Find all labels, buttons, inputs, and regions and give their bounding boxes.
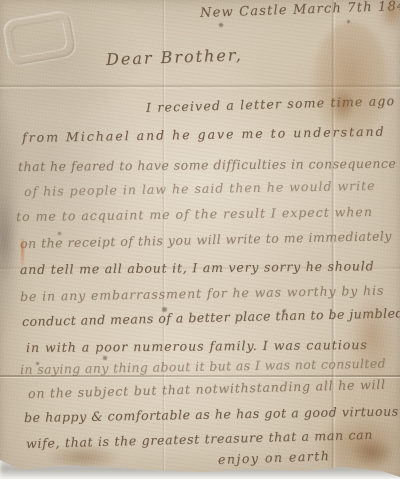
letter-paper: New Castle March 7th 1843 Dear Brother, … [0, 0, 400, 479]
ink-speck [103, 356, 107, 360]
letter-line: on the receipt of this you will write to… [20, 228, 392, 251]
stain [352, 438, 394, 468]
ink-speck [283, 309, 286, 312]
letter-line: in with a poor numerous family. I was ca… [26, 337, 368, 355]
ink-speck [36, 362, 39, 365]
letter-line: of his people in law he said then he wou… [24, 178, 376, 199]
letter-line: and tell me all about it, I am very sorr… [20, 258, 374, 277]
letter-line: to me to acquaint me of the result I exp… [16, 204, 373, 224]
letter-line: on the subject but that notwithstanding … [28, 377, 386, 401]
letter-line: that he feared to have some difficulties… [18, 156, 396, 174]
embossed-seal [2, 9, 77, 66]
ink-speck [162, 307, 167, 312]
letter-line: from Michael and he gave me to understan… [22, 124, 386, 145]
letter-line: be happy & comfortable as he has got a g… [24, 403, 399, 425]
dateline: New Castle March 7th 1843 [200, 0, 400, 21]
ink-speck [219, 23, 223, 27]
ink-speck [58, 232, 61, 235]
salutation: Dear Brother, [106, 45, 243, 69]
stain [0, 196, 16, 282]
letter-line: I received a letter some time ago [146, 93, 396, 115]
letter-line: enjoy on earth [218, 448, 331, 467]
ink-speck [347, 20, 350, 23]
letter-scan: New Castle March 7th 1843 Dear Brother, … [0, 0, 400, 479]
embossed-seal-inner [10, 18, 69, 59]
red-ink-streak [21, 237, 24, 267]
letter-line: be in any embarrassment for he was worth… [20, 283, 384, 304]
letter-line: in saying any thing about it but as I wa… [20, 356, 386, 377]
fold-crease-horizontal-top [0, 84, 400, 89]
letter-line: conduct and means of a better place than… [22, 305, 400, 329]
